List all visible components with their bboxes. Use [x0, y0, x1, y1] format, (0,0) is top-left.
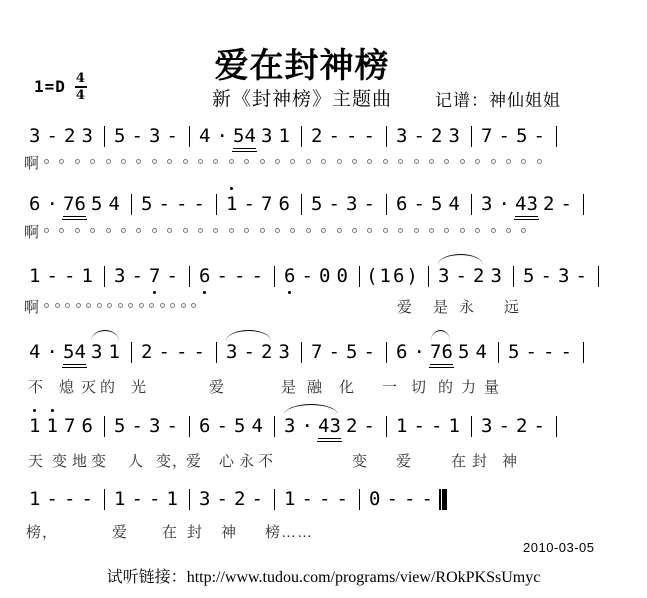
note-text: 5: [91, 192, 102, 216]
note-text: 5: [114, 414, 125, 438]
note-token: -: [453, 264, 471, 288]
note-text: -: [387, 487, 398, 511]
note-token: -: [164, 124, 182, 148]
note-token: 3: [88, 340, 106, 364]
note-text: 0: [369, 487, 380, 511]
note-text: -: [252, 487, 263, 511]
note-token: 5: [308, 192, 326, 216]
vocalise-circle: [198, 159, 203, 164]
note-text: 4: [199, 124, 210, 148]
note-token: 3: [393, 124, 411, 148]
vocalise-circle: [491, 228, 496, 233]
note-text: 5: [311, 192, 322, 216]
note-text: 1: [396, 414, 407, 438]
vocalise-circle: [429, 228, 434, 233]
note-text: -: [364, 192, 375, 216]
note-text: -: [176, 192, 187, 216]
note-text: 1: [29, 487, 40, 511]
barline: [208, 192, 223, 216]
note-text: 2: [64, 124, 75, 148]
note-text: -: [159, 192, 170, 216]
note-token: 3: [26, 124, 44, 148]
note-token: -: [343, 124, 361, 148]
lyric-syllable: 封: [187, 521, 203, 542]
note-text: -: [132, 487, 143, 511]
score-line-1: 3-235-3-4·54312---3-237-5-啊: [26, 124, 647, 190]
note-token: -: [428, 414, 446, 438]
note-token: -: [44, 487, 62, 511]
note-text: 3: [149, 124, 160, 148]
lyric-syllable: 封: [472, 450, 488, 471]
note-token: -: [164, 414, 182, 438]
note-text: -: [329, 192, 340, 216]
note-token: 3: [111, 264, 129, 288]
note-text: -: [541, 264, 552, 288]
vocalise-circle: [367, 228, 372, 233]
vocalise-circle: [213, 159, 218, 164]
note-token: -: [146, 487, 164, 511]
note-text: 3: [396, 124, 407, 148]
barline: [208, 340, 223, 364]
vocalise-circle: [90, 159, 95, 164]
note-text: -: [194, 340, 205, 364]
lyric-syllable: 爱: [186, 450, 202, 471]
note-token: 7: [61, 414, 79, 438]
note-token: 4: [26, 340, 44, 364]
note-token: 1: [276, 124, 294, 148]
lyric-syllable: 榜，: [26, 521, 58, 542]
note-text: -: [422, 487, 433, 511]
note-text: 5: [458, 340, 469, 364]
note-token: 3: [146, 124, 164, 148]
lyric-syllable: 爱: [112, 521, 128, 542]
note-token: 3: [435, 264, 453, 288]
final-barline: [436, 487, 450, 511]
vocalise-circle: [213, 228, 218, 233]
note-token: 54: [61, 340, 88, 364]
vocalise-circle: [460, 228, 465, 233]
note-sixteenth-group: 76: [63, 192, 86, 217]
barline: [293, 192, 308, 216]
slur-arc: [431, 330, 450, 341]
notation-row: 6·76545---1-765-3-6-543·432-: [26, 192, 647, 218]
lyrics-row: 啊: [26, 221, 647, 241]
vocalise-circle: [128, 303, 133, 308]
barline: [351, 487, 366, 511]
barline: [293, 124, 308, 148]
barline: [378, 414, 393, 438]
vocalise-circle: [90, 228, 95, 233]
lyric-syllable: 变: [52, 450, 68, 471]
note-token: 3: [223, 340, 241, 364]
note-token: 2: [470, 264, 488, 288]
lyrics-row: 啊爱是永远: [26, 296, 647, 316]
listen-link-row: 试听链接：http://www.tudou.com/programs/view/…: [0, 564, 647, 587]
note-text: 7: [261, 192, 272, 216]
lyric-syllable: 光: [131, 376, 147, 397]
note-token: -: [361, 192, 379, 216]
note-token: 1: [26, 414, 44, 438]
note-text: -: [499, 124, 510, 148]
note-text: 4: [252, 414, 263, 438]
note-token: -: [496, 124, 514, 148]
lyric-syllable: 地: [72, 450, 88, 471]
barline: [96, 264, 111, 288]
final-barline-mark: [439, 489, 447, 510]
note-token: 2: [231, 487, 249, 511]
vocalise-circle: [191, 303, 196, 308]
note-token: -: [129, 487, 147, 511]
score-line-4: 4·54312---3-237-5-6·76545---不熄灭的光爱是融化一切的…: [26, 340, 647, 406]
vocalise-circle: [414, 159, 419, 164]
note-token: -: [558, 340, 576, 364]
notation-row: 11765-3-6-543·432-1--13-2-: [26, 414, 647, 440]
note-text: -: [132, 414, 143, 438]
note-token: -: [419, 487, 437, 511]
note-text: 3: [558, 264, 569, 288]
note-token: 43: [316, 414, 343, 438]
lyric-syllable: 啊: [24, 296, 40, 317]
note-sixteenth-group: 54: [63, 340, 86, 365]
note-text: -: [364, 414, 375, 438]
note-token: -: [129, 124, 147, 148]
barline: [266, 487, 281, 511]
vocalise-circle: [352, 228, 357, 233]
vocalise-circle: [398, 228, 403, 233]
note-text: -: [534, 414, 545, 438]
vocalise-circle: [121, 228, 126, 233]
note-token: 5: [111, 414, 129, 438]
note-text: 1: [47, 414, 58, 438]
note-token: -: [241, 192, 259, 216]
note-token: -: [326, 340, 344, 364]
note-text: -: [244, 340, 255, 364]
note-token: 5: [138, 192, 156, 216]
vocalise-circle: [521, 228, 526, 233]
note-token: 1: [79, 264, 97, 288]
note-text: ·: [217, 124, 228, 148]
note-token: 5: [343, 340, 361, 364]
note-token: 5: [455, 340, 473, 364]
note-text: 7: [481, 124, 492, 148]
lyrics-row: 天变地变人变，爱心永不变爱在封神: [26, 450, 647, 470]
note-token: 1: [44, 414, 62, 438]
note-text: 3: [29, 124, 40, 148]
barline: [378, 192, 393, 216]
lyric-syllable: 是: [433, 296, 449, 317]
note-text: 5: [431, 192, 442, 216]
lyrics-row: 啊: [26, 152, 647, 172]
vocalise-circle: [367, 159, 372, 164]
note-text: 2: [431, 124, 442, 148]
note-text: -: [534, 124, 545, 148]
note-text: 3: [491, 264, 502, 288]
vocalise-circle: [160, 303, 165, 308]
note-text: 4: [109, 192, 120, 216]
note-text: 1: [114, 487, 125, 511]
note-text: 1: [109, 340, 120, 364]
note-text: -: [414, 124, 425, 148]
note-text: 3: [199, 487, 210, 511]
note-text: 7: [149, 264, 160, 288]
note-token: -: [191, 192, 209, 216]
note-token: 3: [146, 414, 164, 438]
note-token: 3: [446, 124, 464, 148]
lyric-syllable: 神: [221, 521, 237, 542]
note-text: 2: [346, 414, 357, 438]
vocalise-circle: [260, 228, 265, 233]
barline: [293, 340, 308, 364]
vocalise-circle: [383, 228, 388, 233]
note-text: 6: [279, 192, 290, 216]
lyric-syllable: 神: [502, 450, 518, 471]
note-text: -: [337, 487, 348, 511]
note-token: 0: [366, 487, 384, 511]
lyric-syllable: 人: [128, 450, 144, 471]
lyric-syllable: 的: [438, 376, 454, 397]
note-token: -: [214, 264, 232, 288]
lyric-syllable: 远: [504, 296, 520, 317]
note-text: -: [64, 487, 75, 511]
note-text: 1: [167, 487, 178, 511]
vocalise-circle: [181, 303, 186, 308]
note-text: 4: [476, 340, 487, 364]
vocalise-circle: [136, 228, 141, 233]
vocalise-circle: [118, 303, 123, 308]
barline: [575, 340, 590, 364]
vocalise-circle: [229, 228, 234, 233]
note-text: 6: [396, 192, 407, 216]
note-text: ·: [47, 192, 58, 216]
barline: [96, 487, 111, 511]
vocalise-circle: [65, 303, 70, 308]
note-token: 1: [26, 264, 44, 288]
note-token: -: [361, 124, 379, 148]
vocalise-circle: [337, 159, 342, 164]
lyric-syllable: 啊: [24, 152, 40, 173]
lyric-syllable: 在: [162, 521, 178, 542]
octave-dot-below: [203, 291, 206, 294]
barline: [490, 340, 505, 364]
note-text: -: [431, 414, 442, 438]
note-text: -: [252, 264, 263, 288]
note-token: -: [79, 487, 97, 511]
lyric-syllable: 不: [258, 450, 274, 471]
note-text: (16): [366, 264, 420, 288]
notation-row: 4·54312---3-237-5-6·76545---: [26, 340, 647, 366]
octave-dot-above: [33, 409, 36, 412]
note-text: 3: [82, 124, 93, 148]
note-text: 6: [284, 264, 295, 288]
barline: [181, 124, 196, 148]
note-text: -: [302, 264, 313, 288]
note-token: 1: [106, 340, 124, 364]
note-token: -: [249, 487, 267, 511]
note-text: 3: [449, 124, 460, 148]
slur-arc: [91, 330, 119, 341]
note-token: -: [384, 487, 402, 511]
note-token: 3: [258, 124, 276, 148]
note-text: 0: [337, 264, 348, 288]
note-text: -: [526, 340, 537, 364]
note-token: 5: [111, 124, 129, 148]
vocalise-circle: [183, 159, 188, 164]
barline: [548, 124, 563, 148]
listen-link-url[interactable]: http://www.tudou.com/programs/view/ROkPK…: [187, 569, 541, 586]
octave-dot-above: [51, 409, 54, 412]
note-token: 3: [343, 192, 361, 216]
barline: [378, 124, 393, 148]
note-text: -: [364, 124, 375, 148]
vocalise-circle: [97, 303, 102, 308]
note-token: 3: [555, 264, 573, 288]
note-text: 5: [346, 340, 357, 364]
lyric-syllable: 爱: [396, 450, 412, 471]
vocalise-circle: [244, 159, 249, 164]
vocalise-circle: [429, 159, 434, 164]
note-text: -: [217, 414, 228, 438]
transcriber-credit: 记谱：神仙姐姐: [435, 86, 561, 111]
note-token: -: [129, 414, 147, 438]
note-token: -: [231, 264, 249, 288]
note-text: 1: [284, 487, 295, 511]
note-token: 4: [249, 414, 267, 438]
note-token: 6: [196, 414, 214, 438]
notation-row: 1--13-7-6---6-00(16)3-235-3-: [26, 264, 647, 290]
vocalise-circle: [229, 159, 234, 164]
note-token: 2: [61, 124, 79, 148]
note-token: -: [249, 264, 267, 288]
note-token: 5: [513, 124, 531, 148]
barline: [266, 264, 281, 288]
note-token: -: [129, 264, 147, 288]
note-text: -: [47, 124, 58, 148]
note-token: 3: [281, 414, 299, 438]
vocalise-circle: [244, 228, 249, 233]
score-line-5: 11765-3-6-543·432-1--13-2-天变地变人变，爱心永不变爱在…: [26, 414, 647, 480]
note-token: -: [538, 264, 556, 288]
vocalise-circle: [76, 303, 81, 308]
note-token: ·: [411, 340, 429, 364]
note-token: 2: [540, 192, 558, 216]
note-text: 4: [29, 340, 40, 364]
score-line-3: 1--13-7-6---6-00(16)3-235-3-啊爱是永远: [26, 264, 647, 330]
note-token: -: [299, 487, 317, 511]
note-token: -: [326, 124, 344, 148]
note-text: 3: [261, 124, 272, 148]
note-text: 6: [396, 340, 407, 364]
lyric-syllable: 切: [411, 376, 427, 397]
vocalise-circle: [321, 228, 326, 233]
note-text: -: [499, 414, 510, 438]
slur-arc: [226, 330, 271, 341]
note-text: ·: [414, 340, 425, 364]
note-text: 2: [516, 414, 527, 438]
note-token: -: [361, 414, 379, 438]
note-token: 7: [308, 340, 326, 364]
note-text: -: [82, 487, 93, 511]
note-token: 54: [231, 124, 258, 148]
note-text: 1: [226, 192, 237, 216]
vocalise-circle: [537, 159, 542, 164]
lyric-syllable: 心: [219, 450, 235, 471]
note-text: -: [159, 340, 170, 364]
note-text: -: [149, 487, 160, 511]
note-token: 3: [276, 340, 294, 364]
lyrics-row: 榜，爱在封神榜……: [26, 521, 647, 541]
note-text: -: [576, 264, 587, 288]
vocalise-circle: [167, 159, 172, 164]
vocalise-circle: [44, 159, 49, 164]
lyric-syllable: 变: [352, 450, 368, 471]
vocalise-circle: [290, 159, 295, 164]
note-text: 2: [543, 192, 554, 216]
note-text: 3: [149, 414, 160, 438]
note-text: 5: [516, 124, 527, 148]
vocalise-circle: [86, 303, 91, 308]
note-text: -: [414, 192, 425, 216]
lyric-syllable: 力: [461, 376, 477, 397]
vocalise-circle: [183, 228, 188, 233]
note-text: 1: [29, 264, 40, 288]
octave-dot-below: [288, 291, 291, 294]
note-token: 4: [446, 192, 464, 216]
note-token: 1: [281, 487, 299, 511]
barline: [590, 264, 605, 288]
lyric-syllable: 的: [100, 376, 116, 397]
note-token: -: [523, 340, 541, 364]
note-token: -: [558, 192, 576, 216]
barline: [96, 124, 111, 148]
note-text: 5: [234, 414, 245, 438]
page-title: 爱在封神榜: [0, 38, 604, 87]
note-text: -: [176, 340, 187, 364]
note-token: 6: [196, 264, 214, 288]
note-text: -: [64, 264, 75, 288]
note-token: -: [531, 124, 549, 148]
barline: [96, 414, 111, 438]
barline: [123, 192, 138, 216]
note-token: -: [299, 264, 317, 288]
note-text: 3: [114, 264, 125, 288]
note-token: 7: [258, 192, 276, 216]
note-text: 3: [346, 192, 357, 216]
note-token: 5: [428, 192, 446, 216]
note-token: 6: [393, 192, 411, 216]
note-token: 6: [79, 414, 97, 438]
note-text: -: [47, 264, 58, 288]
note-text: -: [47, 487, 58, 511]
note-token: 3: [196, 487, 214, 511]
vocalise-circle: [44, 303, 49, 308]
note-token: 4: [196, 124, 214, 148]
note-text: -: [346, 124, 357, 148]
listen-link-label: 试听链接：: [107, 569, 187, 586]
vocalise-circle: [149, 303, 154, 308]
octave-dot-below: [153, 291, 156, 294]
note-token: -: [411, 192, 429, 216]
vocalise-circle: [198, 228, 203, 233]
vocalise-circle: [152, 228, 157, 233]
lyric-syllable: 量: [484, 376, 500, 397]
vocalise-circle: [444, 159, 449, 164]
note-sixteenth-group: 43: [515, 192, 538, 217]
note-token: 6: [281, 264, 299, 288]
note-token: 2: [513, 414, 531, 438]
barline: [181, 487, 196, 511]
note-token: 0: [334, 264, 352, 288]
vocalise-circle: [306, 159, 311, 164]
